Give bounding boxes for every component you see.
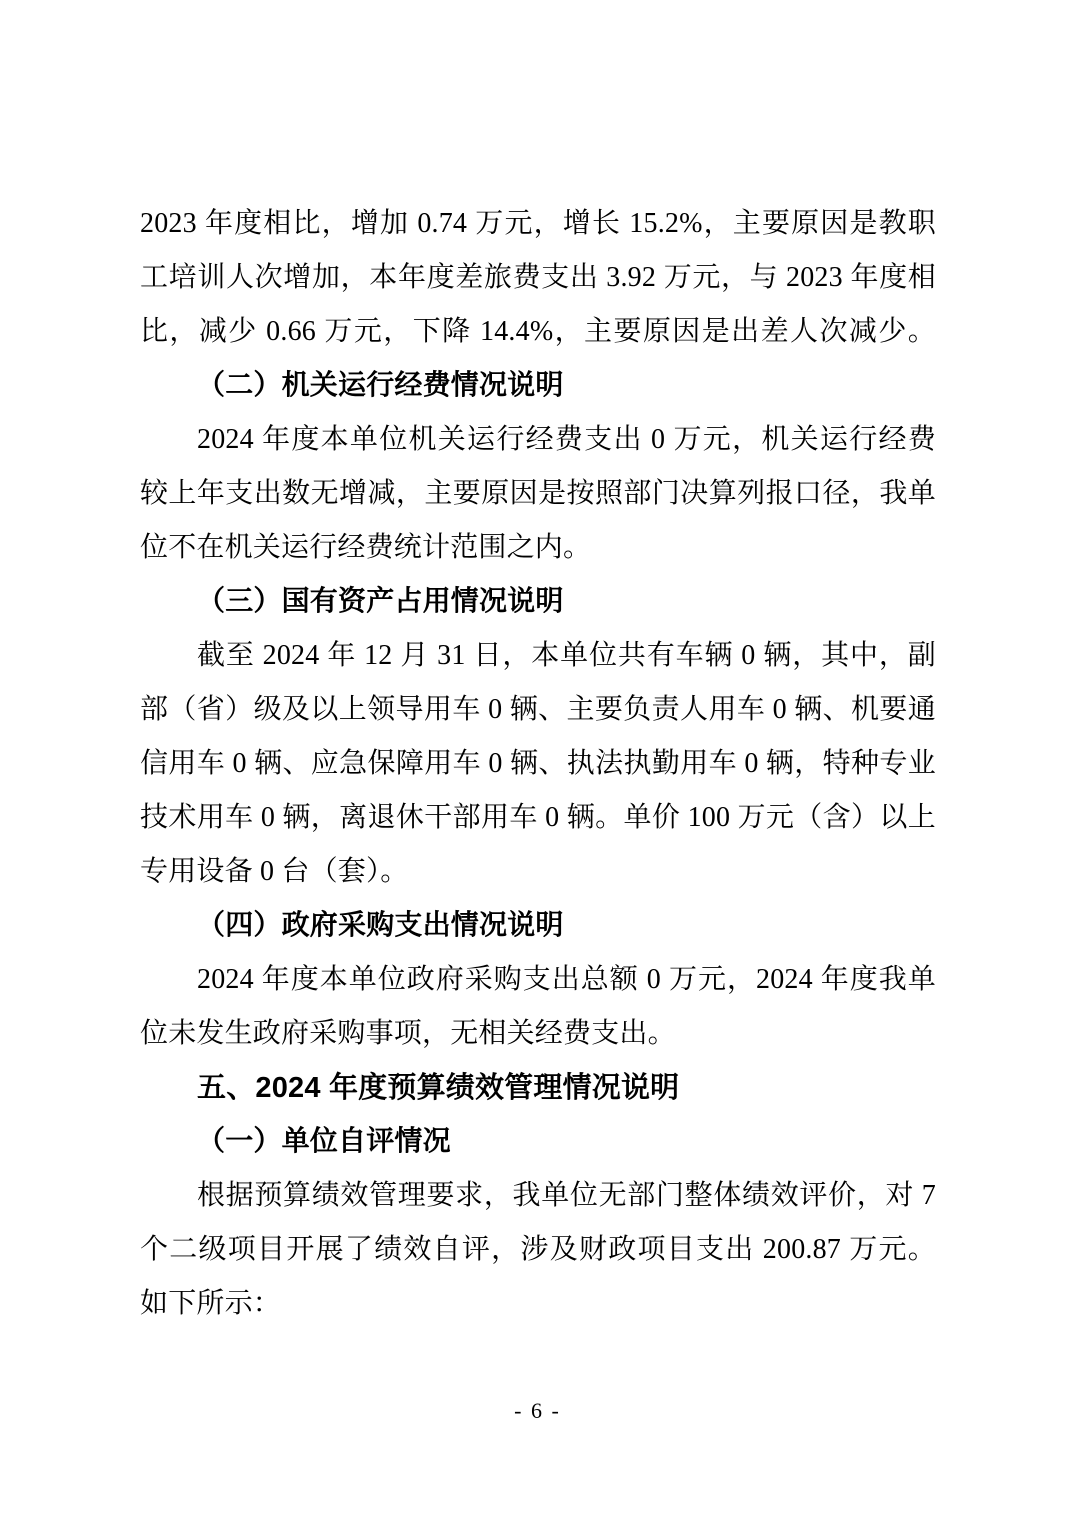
subsection-heading: （四）政府采购支出情况说明 (140, 899, 936, 953)
body-text-line: 较上年支出数无增减，主要原因是按照部门决算列报口径，我单 (140, 467, 936, 521)
body-text-line: 个二级项目开展了绩效自评，涉及财政项目支出 200.87 万元。 (140, 1223, 936, 1277)
body-text-line: 比，减少 0.66 万元，下降 14.4%，主要原因是出差人次减少。 (140, 305, 936, 359)
body-text-line: 如下所示： (140, 1277, 936, 1331)
body-text-line: 2023 年度相比，增加 0.74 万元，增长 15.2%，主要原因是教职 (140, 197, 936, 251)
section-heading: 五、2024 年度预算绩效管理情况说明 (140, 1061, 936, 1115)
document-body: 2023 年度相比，增加 0.74 万元，增长 15.2%，主要原因是教职 工培… (140, 197, 936, 1331)
body-text-line: 专用设备 0 台（套）。 (140, 845, 936, 899)
body-text-line: 2024 年度本单位政府采购支出总额 0 万元，2024 年度我单 (140, 953, 936, 1007)
body-text-line: 部（省）级及以上领导用车 0 辆、主要负责人用车 0 辆、机要通 (140, 683, 936, 737)
page-number: - 6 - (0, 1396, 1075, 1426)
body-text-line: 截至 2024 年 12 月 31 日，本单位共有车辆 0 辆，其中，副 (140, 629, 936, 683)
subsection-heading: （三）国有资产占用情况说明 (140, 575, 936, 629)
body-text-line: 2024 年度本单位机关运行经费支出 0 万元，机关运行经费 (140, 413, 936, 467)
body-text-line: 位未发生政府采购事项，无相关经费支出。 (140, 1007, 936, 1061)
body-text-line: 信用车 0 辆、应急保障用车 0 辆、执法执勤用车 0 辆，特种专业 (140, 737, 936, 791)
body-text-line: 位不在机关运行经费统计范围之内。 (140, 521, 936, 575)
body-text-line: 根据预算绩效管理要求，我单位无部门整体绩效评价，对 7 (140, 1169, 936, 1223)
subsection-heading: （二）机关运行经费情况说明 (140, 359, 936, 413)
document-page: 2023 年度相比，增加 0.74 万元，增长 15.2%，主要原因是教职 工培… (0, 0, 1075, 1520)
subsection-heading: （一）单位自评情况 (140, 1115, 936, 1169)
body-text-line: 技术用车 0 辆，离退休干部用车 0 辆。单价 100 万元（含）以上 (140, 791, 936, 845)
body-text-line: 工培训人次增加，本年度差旅费支出 3.92 万元，与 2023 年度相 (140, 251, 936, 305)
